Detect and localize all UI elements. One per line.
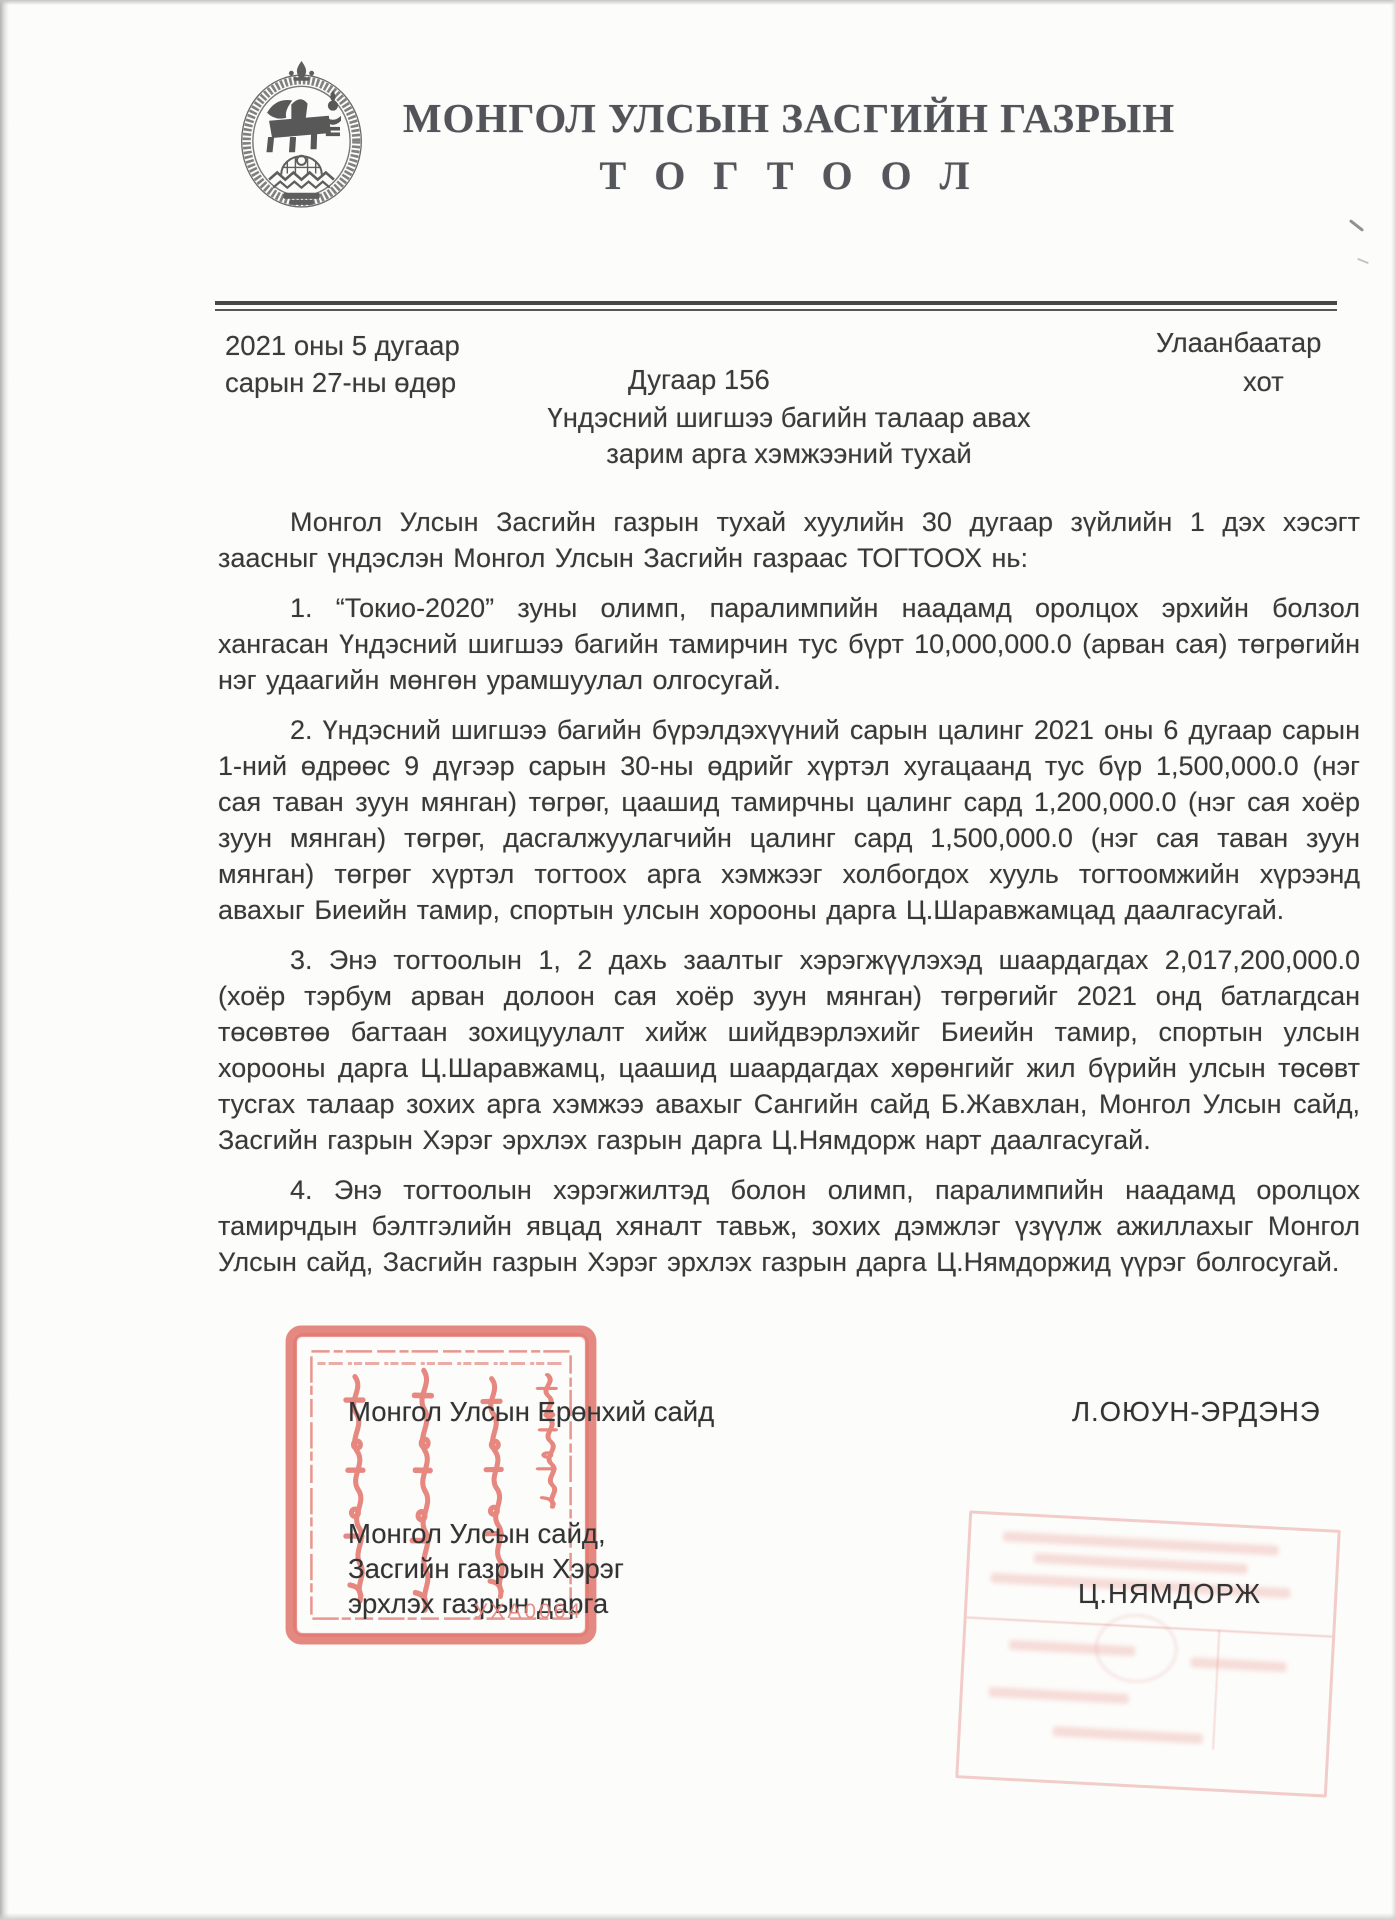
faint-stamp-text-row: [1003, 1531, 1279, 1555]
decree-date-line1: 2021 оны 5 дугаар: [225, 327, 460, 364]
decree-city-line2: хот: [1243, 366, 1284, 398]
pen-mark: [1349, 219, 1364, 232]
preamble-paragraph: Монгол Улсын Засгийн газрын тухай хуулий…: [218, 504, 1360, 576]
header-rule: [215, 301, 1337, 305]
document-type-title: Т О Г Т О О Л: [218, 152, 1360, 199]
clause-paragraph-2: 2. Үндэсний шигшээ багийн бүрэлдэхүүний …: [218, 712, 1360, 928]
faint-stamp-divider-vertical: [1212, 1630, 1220, 1750]
scan-edge-top: [0, 0, 1396, 5]
scan-edge-right: [1391, 0, 1396, 1920]
decree-subject-line1: Үндэсний шигшээ багийн талаар авах: [218, 400, 1360, 436]
decree-date-line2: сарын 27-ны өдөр: [225, 364, 460, 401]
faint-stamp-text-row: [1190, 1657, 1286, 1672]
clause-paragraph-1: 1. “Токио-2020” зуны олимп, паралимпийн …: [218, 590, 1360, 698]
decree-city-line1: Улаанбаатар: [1156, 327, 1321, 359]
faint-red-office-stamp: [955, 1510, 1341, 1797]
signature-name-prime-minister: Л.ОЮУН-ЭРДЭНЭ: [1072, 1396, 1321, 1428]
signature-role-prime-minister: Монгол Улсын Ерөнхий сайд: [348, 1396, 714, 1428]
signature-name-cabinet-minister: Ц.НЯМДОРЖ: [1078, 1578, 1261, 1610]
decree-date: 2021 оны 5 дугаар сарын 27-ны өдөр: [225, 327, 460, 401]
issuing-organization-title: МОНГОЛ УЛСЫН ЗАСГИЙН ГАЗРЫН: [218, 94, 1360, 142]
decree-number: Дугаар 156: [628, 364, 770, 396]
decree-subject-title: Үндэсний шигшээ багийн талаар авах зарим…: [218, 400, 1360, 472]
faint-stamp-text-row: [989, 1687, 1129, 1704]
pen-mark: [1357, 258, 1369, 264]
scanned-government-decree-page: МОНГОЛ УЛСЫН ЗАСГИЙН ГАЗРЫН Т О Г Т О О …: [0, 0, 1396, 1920]
signature-role-line2: Засгийн газрын Хэрэг: [348, 1551, 624, 1586]
clause-paragraph-4: 4. Энэ тогтоолын хэрэгжилтэд болон олимп…: [218, 1172, 1360, 1280]
scan-edge-left: [0, 0, 9, 1920]
decree-body: Монгол Улсын Засгийн газрын тухай хуулий…: [218, 504, 1360, 1294]
mongolia-state-emblem-icon: [238, 60, 366, 210]
header-rule-thin: [215, 309, 1337, 311]
stamp-registry-code: УХА0064: [474, 1600, 583, 1624]
clause-paragraph-3: 3. Энэ тогтоолын 1, 2 дахь заалтыг хэрэг…: [218, 942, 1360, 1158]
scan-edge-bottom: [0, 1913, 1396, 1920]
faint-stamp-text-row: [1034, 1553, 1248, 1574]
signature-role-line1: Монгол Улсын сайд,: [348, 1516, 624, 1551]
decree-subject-line2: зарим арга хэмжээний тухай: [218, 436, 1360, 472]
faint-stamp-text-row: [1053, 1726, 1203, 1744]
